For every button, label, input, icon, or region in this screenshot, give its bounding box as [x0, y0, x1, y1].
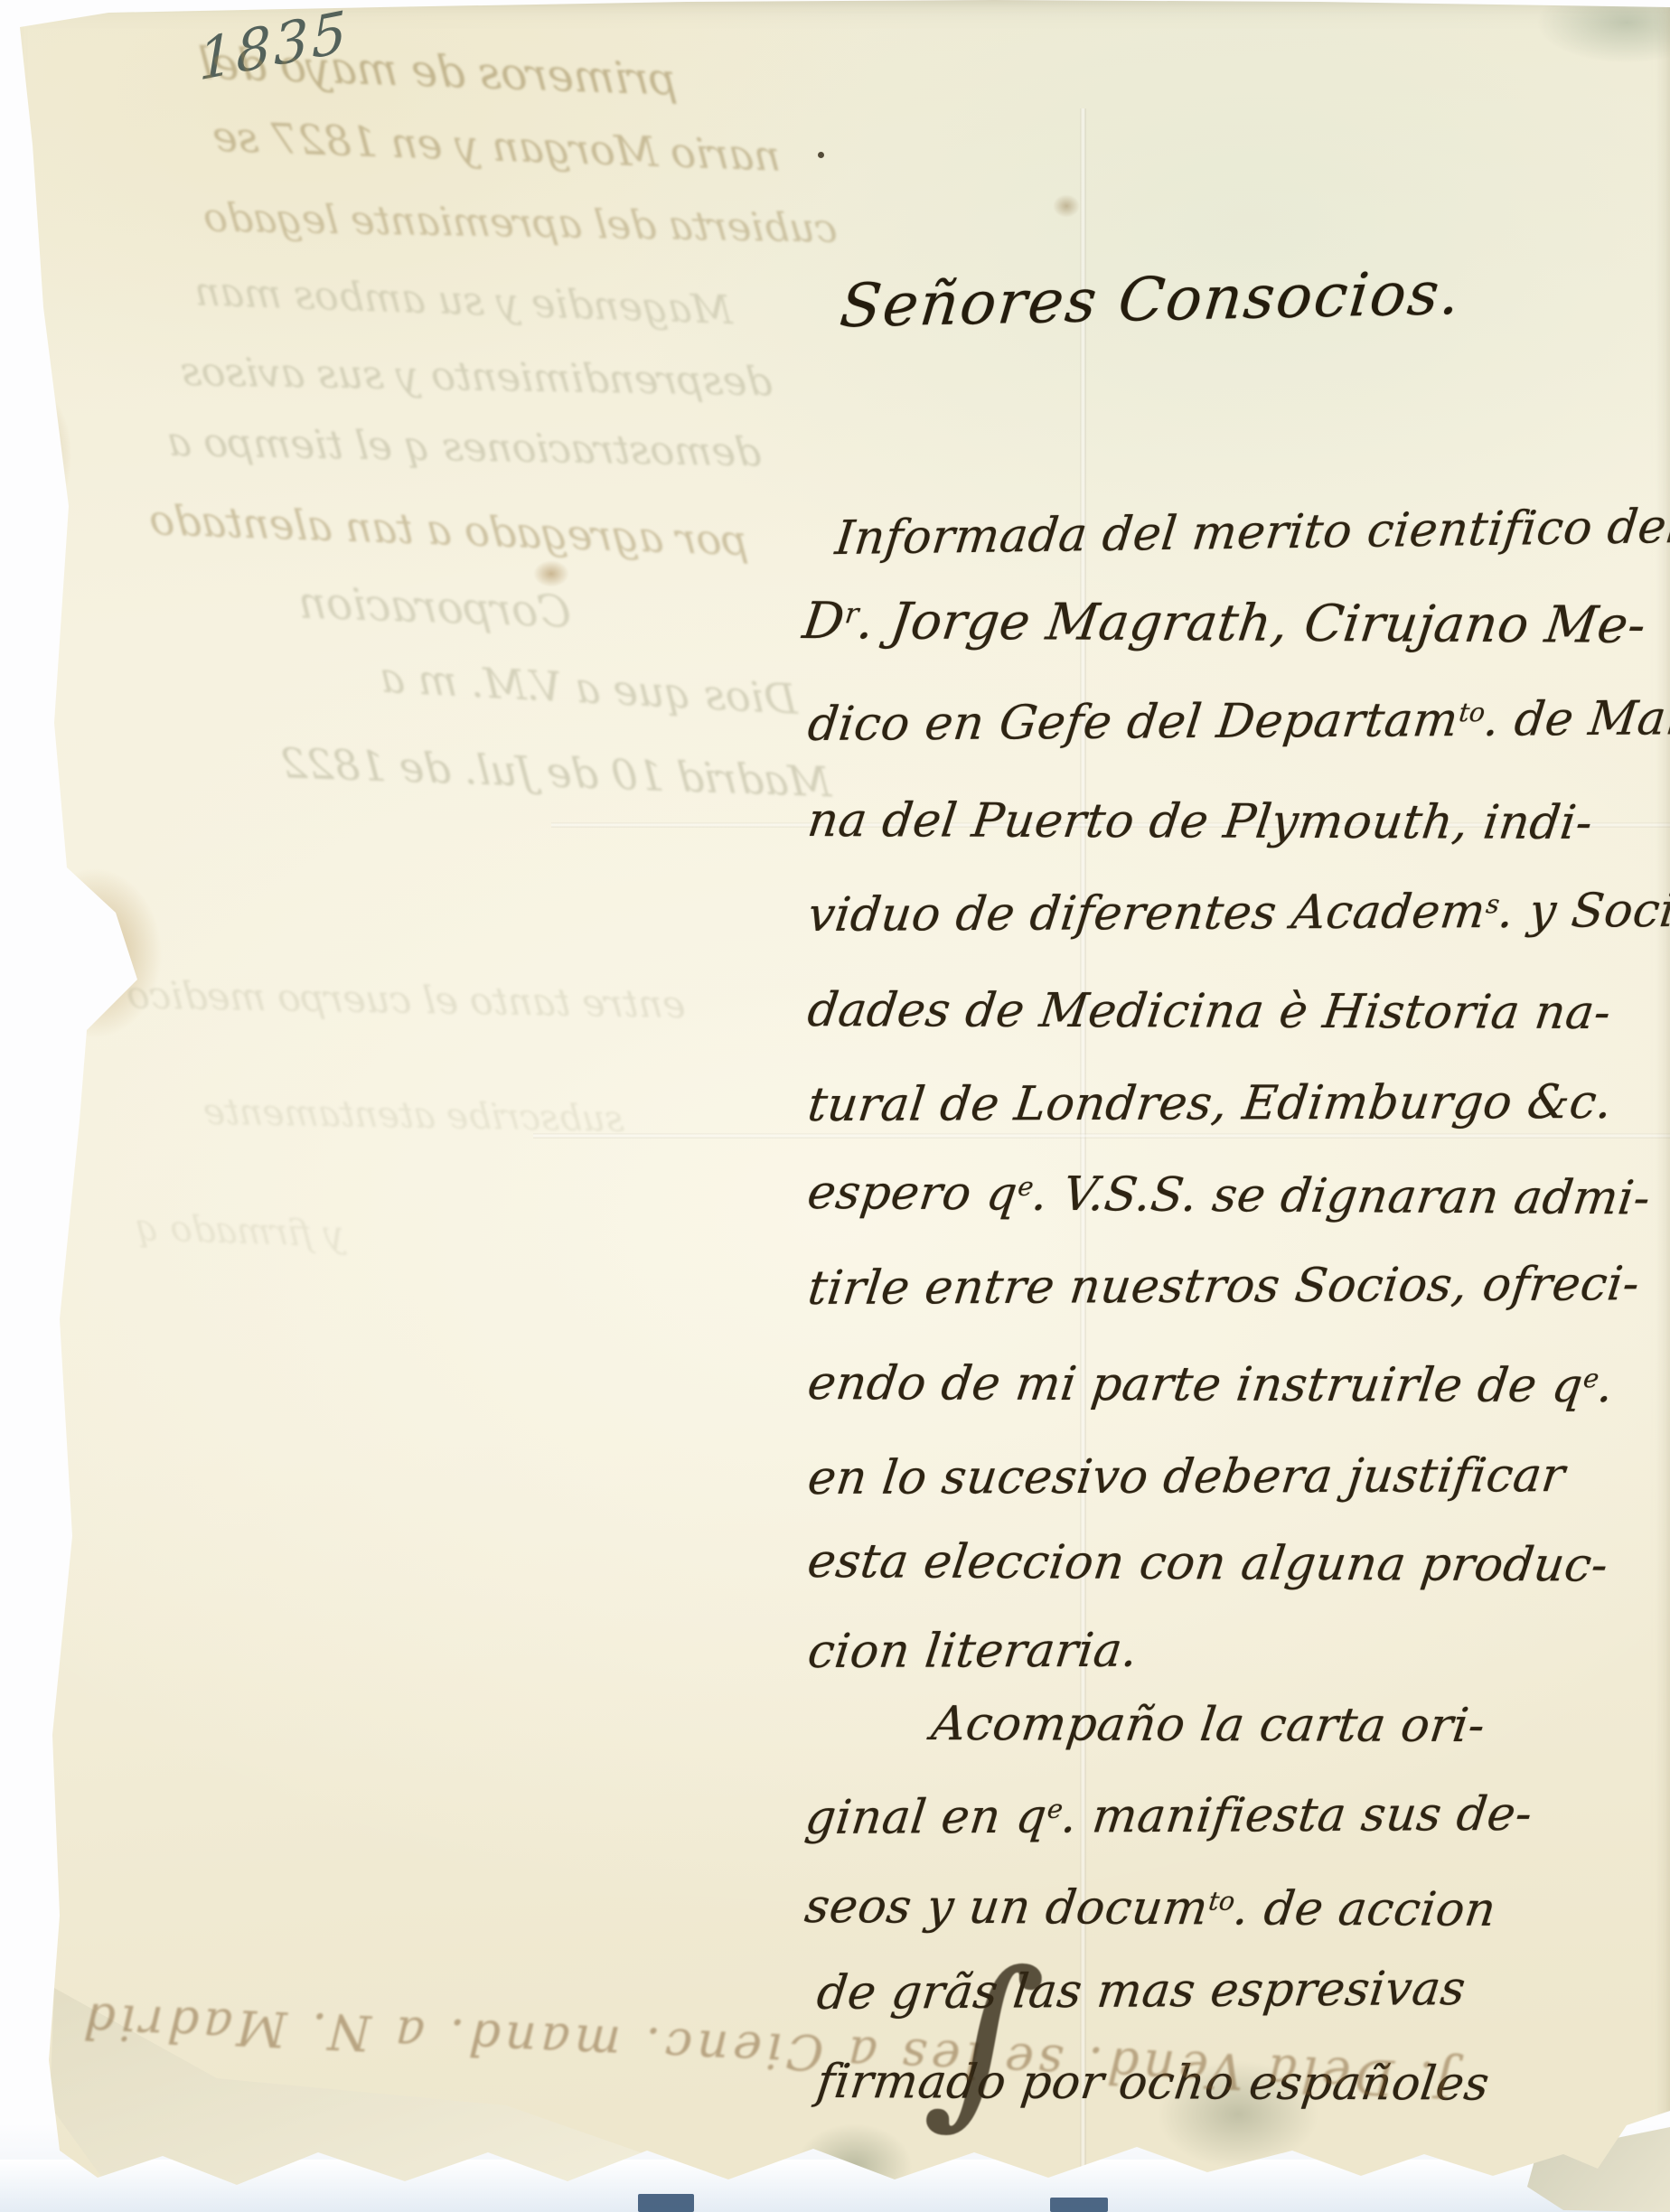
paper-stain — [533, 560, 569, 587]
body-line: ginal en qe. manifiesta sus de- — [802, 1787, 1535, 1845]
letter-paper-sheet: 1835 primeros de mayo delnario Morgan y … — [0, 0, 1670, 2212]
body-line: dico en Gefe del Departamto. de Mari- — [805, 691, 1670, 752]
body-line: endo de mi parte instruirle de qe. — [804, 1356, 1617, 1413]
top-edge-tint — [1536, 0, 1670, 63]
body-line: tural de Londres, Edimburgo &c. — [805, 1075, 1616, 1132]
bleedthrough-line: demostraciones q el tiempo a — [165, 419, 763, 476]
salutation-line: Señores Consocios. — [837, 258, 1465, 342]
bleedthrough-line: por agregado a tan alentado — [147, 495, 749, 565]
body-line: Acompaño la carta ori- — [928, 1697, 1487, 1753]
body-line: en lo sucesivo debera justificar — [805, 1448, 1568, 1505]
edge-stain — [27, 867, 163, 1039]
scanned-letter-page: 1835 primeros de mayo delnario Morgan y … — [0, 0, 1670, 2212]
body-line: espero qe. V.S.S. se dignaran admi- — [804, 1166, 1654, 1225]
ink-flourish-stroke: ∫ — [918, 1918, 1054, 2158]
body-line: viduo de diferentes Academs. y Socie- — [805, 884, 1670, 942]
body-line: firmado por ocho españoles — [813, 2055, 1492, 2112]
bleedthrough-line: nario Morgan y en 1827 se — [211, 112, 782, 181]
bleedthrough-line: desprendimiento y sus avisos — [179, 349, 774, 406]
paper-stain — [1053, 194, 1080, 218]
edge-stain — [0, 380, 72, 533]
bleedthrough-line: Madrid 10 de Jul. de 1822 — [278, 738, 832, 806]
bleedthrough-line: entre tanto el cuerpo medico — [125, 973, 687, 1027]
body-line: de grãs las mas espresivas — [814, 1962, 1468, 2020]
horizontal-fold-crease — [533, 1133, 1670, 1139]
body-line: cion literaria. — [805, 1624, 1141, 1679]
body-line: Informada del merito cientifico del — [832, 500, 1670, 566]
body-line: tirle entre nuestros Socios, ofreci- — [805, 1257, 1643, 1316]
scanner-tab — [1050, 2198, 1108, 2212]
ink-dot — [818, 152, 824, 158]
bleedthrough-line: y firmado q — [134, 1207, 345, 1256]
bleedthrough-line: Magendie y su ambos man — [192, 269, 734, 334]
scan-edge-sliver — [0, 0, 6, 208]
bleedthrough-line: subscribe atentamente — [202, 1092, 625, 1140]
bleedthrough-line: Corporacion — [296, 578, 573, 639]
bleedthrough-line: cubierta del apremiante legado — [202, 195, 840, 252]
body-line: na del Puerto de Plymouth, indi- — [804, 793, 1595, 850]
body-line: Dr. Jorge Magrath, Cirujano Me- — [800, 592, 1650, 655]
body-line: seos y un documto. de accion — [802, 1879, 1499, 1937]
bleedthrough-line: Dios que a V.M. m a — [379, 653, 799, 724]
body-line: dades de Medicina è Historia na- — [804, 983, 1614, 1040]
body-line: esta eleccion con alguna produc- — [804, 1534, 1611, 1593]
year-annotation: 1835 — [198, 0, 350, 94]
vertical-fold-crease — [1080, 108, 1086, 2178]
scanner-tab — [638, 2194, 694, 2212]
